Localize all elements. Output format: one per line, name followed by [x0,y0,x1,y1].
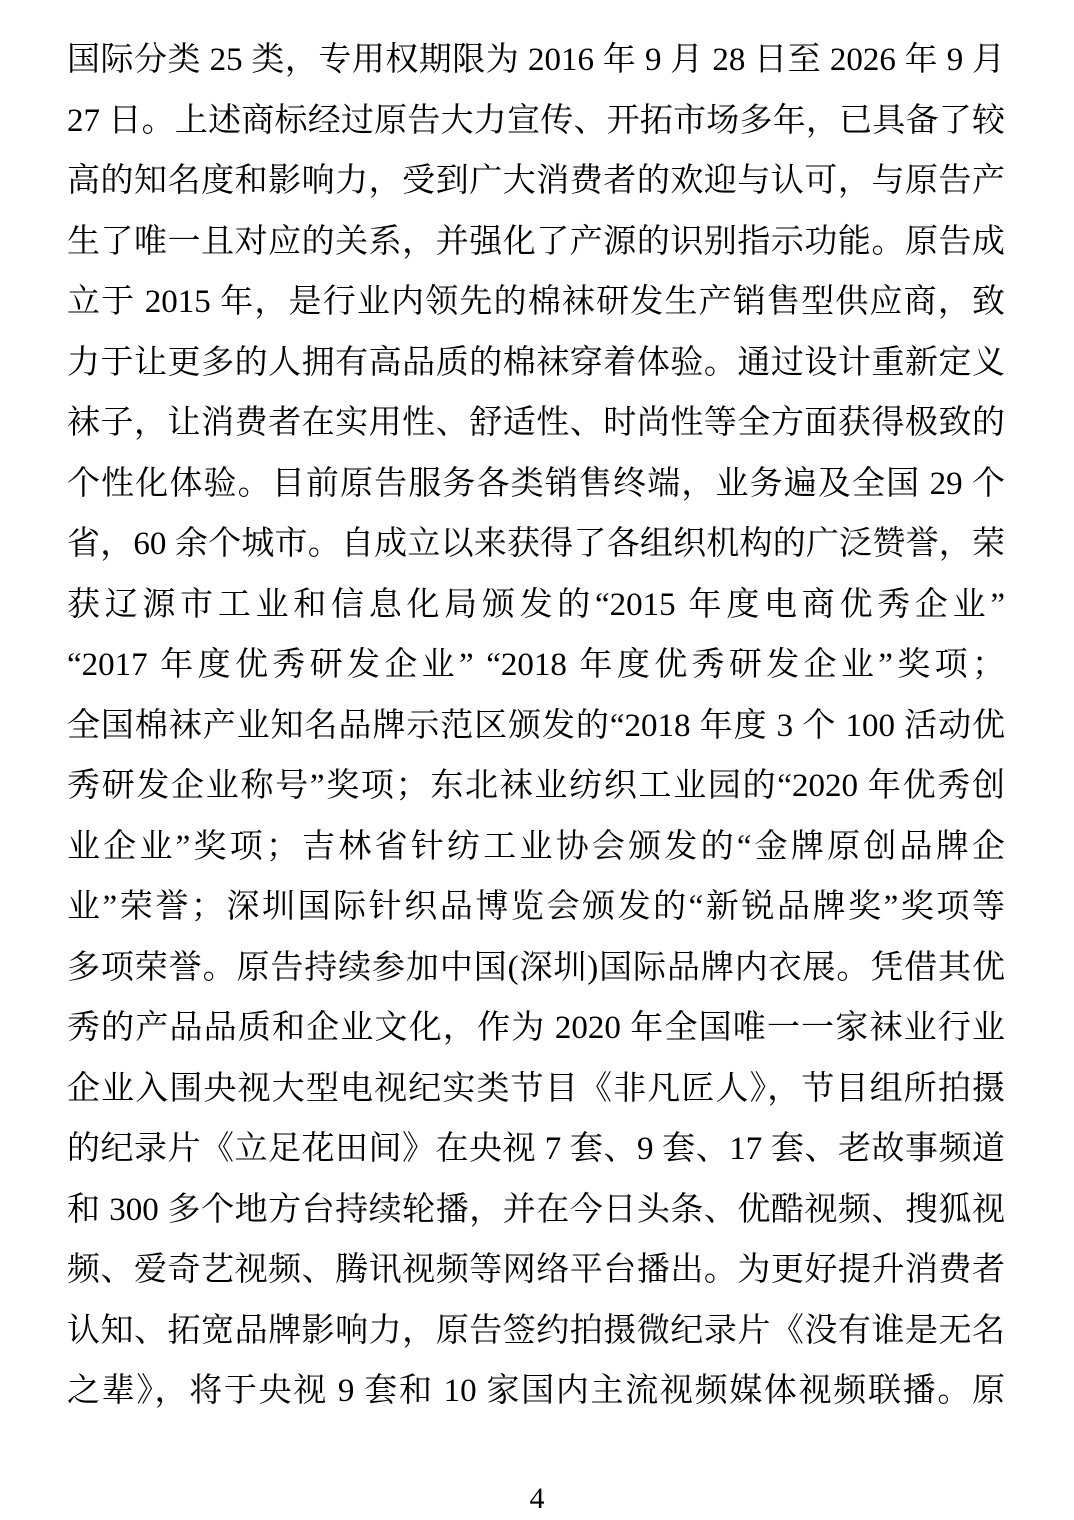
text-line: 和 300 多个地方台持续轮播，并在今日头条、优酷视频、搜狐视 [67,1180,1005,1241]
text-line: 企业入围央视大型电视纪实类节目《非凡匠人》，节目组所拍摄 [67,1059,1005,1120]
text-line: 袜子，让消费者在实用性、舒适性、时尚性等全方面获得极致的 [67,393,1005,454]
text-line: 力于让更多的人拥有高品质的棉袜穿着体验。通过设计重新定义 [67,333,1005,394]
text-line: 高的知名度和影响力，受到广大消费者的欢迎与认可，与原告产 [67,151,1005,212]
document-page: 国际分类 25 类，专用权期限为 2016 年 9 月 28 日至 2026 年… [0,0,1074,1520]
text-line: 生了唯一且对应的关系，并强化了产源的识别指示功能。原告成 [67,212,1005,273]
text-line: 业”荣誉；深圳国际针织品博览会颁发的“新锐品牌奖”奖项等 [67,877,1005,938]
text-line: 认知、拓宽品牌影响力，原告签约拍摄微纪录片《没有谁是无名 [67,1301,1005,1362]
text-line: 个性化体验。目前原告服务各类销售终端，业务遍及全国 29 个 [67,454,1005,515]
text-line: 27 日。上述商标经过原告大力宣传、开拓市场多年，已具备了较 [67,91,1005,152]
text-line: 国际分类 25 类，专用权期限为 2016 年 9 月 28 日至 2026 年… [67,30,1005,91]
text-line: 频、爱奇艺视频、腾讯视频等网络平台播出。为更好提升消费者 [67,1240,1005,1301]
text-line: 秀的产品品质和企业文化，作为 2020 年全国唯一一家袜业行业 [67,998,1005,1059]
text-line: 业企业”奖项；吉林省针纺工业协会颁发的“金牌原创品牌企 [67,817,1005,878]
text-line: 之辈》，将于央视 9 套和 10 家国内主流视频媒体视频联播。原 [67,1361,1005,1422]
text-line: 获辽源市工业和信息化局颁发的“2015 年度电商优秀企业” [67,575,1005,636]
text-line: “2017 年度优秀研发企业” “2018 年度优秀研发企业”奖项； [67,635,1005,696]
text-line: 全国棉袜产业知名品牌示范区颁发的“2018 年度 3 个 100 活动优 [67,696,1005,757]
text-line: 的纪录片《立足花田间》在央视 7 套、9 套、17 套、老故事频道 [67,1119,1005,1180]
text-line: 秀研发企业称号”奖项；东北袜业纺织工业园的“2020 年优秀创 [67,756,1005,817]
text-line: 多项荣誉。原告持续参加中国(深圳)国际品牌内衣展。凭借其优 [67,938,1005,999]
text-line: 省，60 余个城市。自成立以来获得了各组织机构的广泛赞誉，荣 [67,514,1005,575]
text-line: 立于 2015 年，是行业内领先的棉袜研发生产销售型供应商，致 [67,272,1005,333]
page-number: 4 [0,1482,1074,1516]
body-text: 国际分类 25 类，专用权期限为 2016 年 9 月 28 日至 2026 年… [67,30,1005,1422]
